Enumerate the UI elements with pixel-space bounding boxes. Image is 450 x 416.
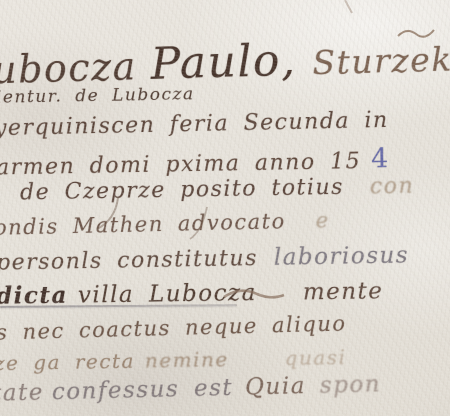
text-line-10: ze ga rectaneminequasi <box>0 345 347 375</box>
word-quia: Quia <box>245 373 306 400</box>
line-10-faint-text: nemine <box>145 347 229 372</box>
line-5-text: de Czeprze posito totius <box>20 175 344 206</box>
text-line-11: tateconfessus estQuiaspon <box>0 371 381 406</box>
text-line-1: uboczaPaulo,Sturzekfili <box>0 29 450 95</box>
word-paulo: Paulo, <box>150 35 297 90</box>
word-confessus-est: confessus est <box>52 375 234 405</box>
text-line-2: ientur. de Lubocza <box>0 84 195 107</box>
cropped-stroke-top <box>345 0 352 13</box>
blue-numeral-4: 4 <box>371 144 390 175</box>
word-sturzek: Sturzek <box>312 39 450 82</box>
line-6-text: ondis Mathen advocato <box>0 209 286 240</box>
word-laboriosus-pencil: laboriosus <box>274 242 410 270</box>
text-line-6: ondis Mathen advocatoe <box>0 208 330 240</box>
line-6-faint-text: e <box>315 208 329 232</box>
text-line-9: s nec coactus neque aliquo <box>0 311 347 344</box>
line-5-faint-text: con <box>370 174 415 200</box>
line-2-text: ientur. de Lubocza <box>0 84 195 107</box>
line-10-text: ze ga recta <box>0 349 135 375</box>
word-mente: mente <box>303 278 384 305</box>
text-line-7: personls constitutuslaboriosus <box>0 242 409 275</box>
line-11-text-a: tate <box>0 379 44 406</box>
manuscript-photo: uboczaPaulo,Sturzekfili ientur. de Luboc… <box>0 0 450 416</box>
line-9-text: s nec coactus neque aliquo <box>0 311 347 344</box>
line-11-ghost-text: spon <box>320 371 382 398</box>
line-3-text: yerquiniscen feria Secunda in <box>0 108 389 141</box>
line-7-text: personls constitutus <box>0 246 258 276</box>
line-10-ghost-text: quasi <box>284 345 346 370</box>
text-line-3: yerquiniscen feria Secunda in <box>0 108 389 141</box>
